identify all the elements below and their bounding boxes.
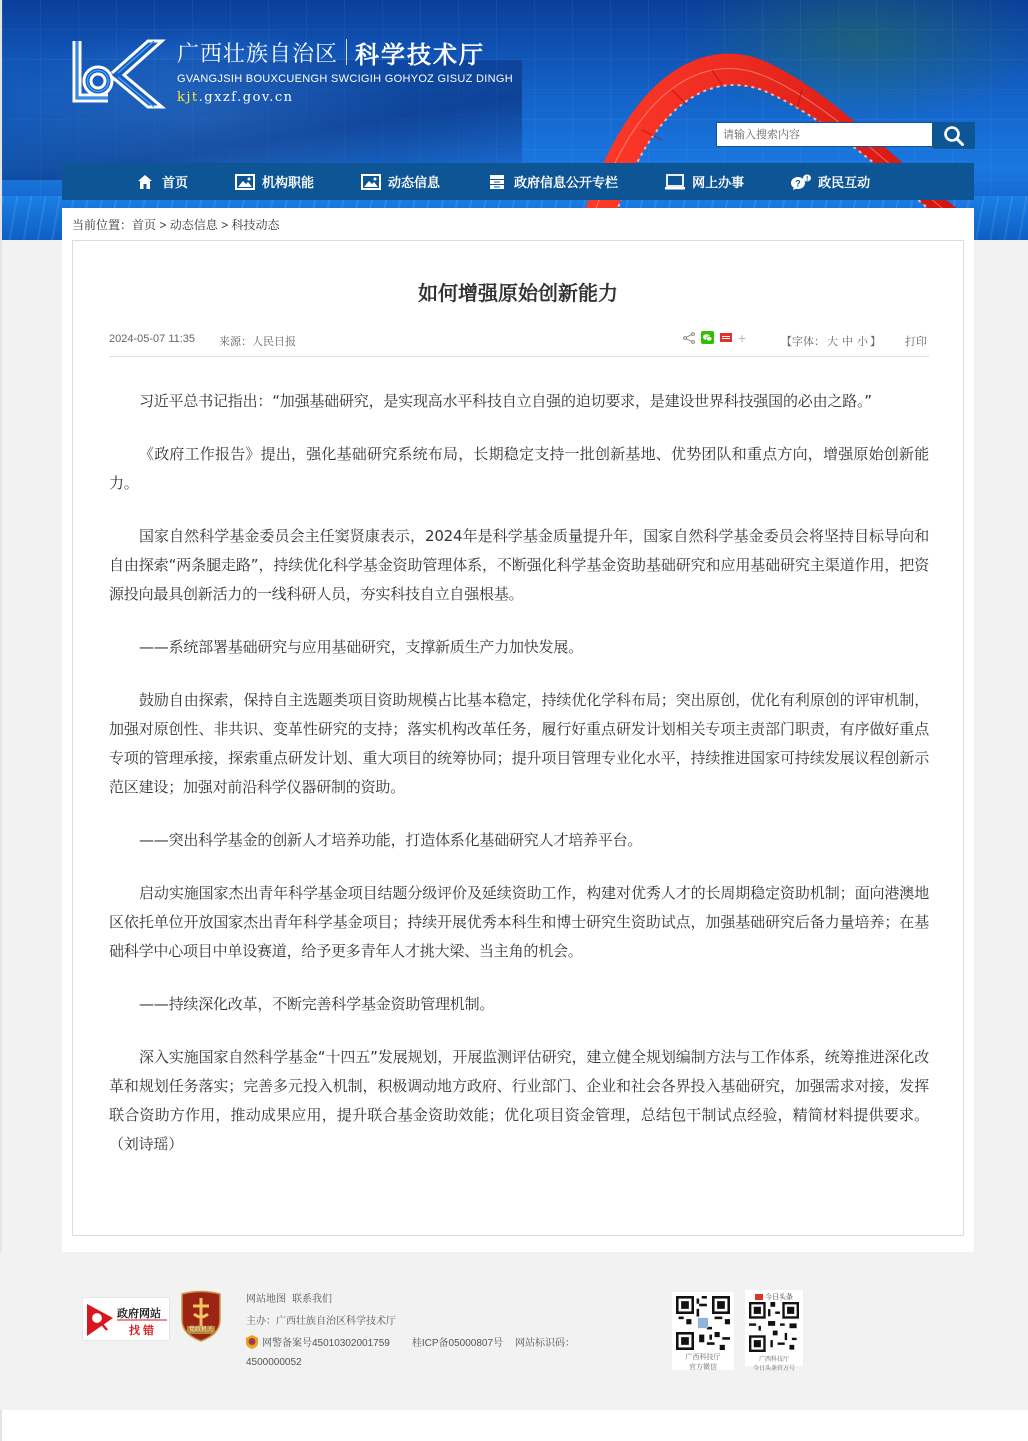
article-paragraph: 鼓励自由探索，保持自主选题类项目资助规模占比基本稳定，持续优化学科布局；突出原创… <box>109 686 929 802</box>
icp-link[interactable]: 桂ICP备05000807号 <box>412 1334 503 1349</box>
qr-caption-line2: 官方微信 <box>672 1362 734 1372</box>
toutiao-icon[interactable] <box>720 333 732 342</box>
article-paragraph: ——持续深化改革，不断完善科学基金资助管理机制。 <box>109 990 929 1019</box>
nav-label: 网上办事 <box>692 172 744 191</box>
footer: 政府网站 找错 党政机关 网站地图联系我们 主办：广西壮族自治区科学技术厅 网警… <box>0 1252 1028 1410</box>
party-emblem-icon <box>180 1290 222 1342</box>
main-content: 当前位置：首页 > 动态信息 > 科技动态 如何增强原始创新能力 2024-05… <box>62 208 974 1252</box>
qr-wechat: 广西科技厅 官方微信 <box>672 1292 734 1370</box>
site-map-link[interactable]: 网站地图 <box>246 1294 286 1305</box>
search-button[interactable] <box>933 122 975 149</box>
font-size-medium[interactable]: 中 <box>842 336 853 348</box>
logo-icon <box>68 37 168 109</box>
source-label: 来源： <box>219 336 252 348</box>
article-paragraph: 国家自然科学基金委员会主任窦贤康表示，2024年是科学基金质量提升年，国家自然科… <box>109 522 929 609</box>
qr-code-icon <box>676 1296 730 1350</box>
header-banner: 广西壮族自治区 科学技术厅 GVANGJSIH BOUXCUENGH SWCIG… <box>2 0 1028 240</box>
article-paragraph: 深入实施国家自然科学基金“十四五”发展规划，开展监测评估研究，建立健全规划编制方… <box>109 1043 929 1159</box>
nav-item-functions[interactable]: 机构职能 <box>234 172 314 191</box>
article-title: 如何增强原始创新能力 <box>73 277 963 306</box>
nav-label: 机构职能 <box>262 172 314 191</box>
breadcrumb: 当前位置：首页 > 动态信息 > 科技动态 <box>72 216 279 233</box>
site-title: 广西壮族自治区 科学技术厅 <box>177 34 485 70</box>
police-badge-icon <box>246 1335 258 1349</box>
findbug-line2: 找错 <box>129 1322 157 1338</box>
site-title-dept: 科学技术厅 <box>355 35 485 70</box>
main-nav: 首页 机构职能 动态信息 政府信息公开专栏 网上办事 ?! 政民互动 <box>62 163 974 200</box>
breadcrumb-prefix: 当前位置： <box>72 218 132 232</box>
article-meta: 2024-05-07 11:35 来源：人民日报 + 【字体：大中小】 打印 <box>109 331 929 357</box>
nav-label: 首页 <box>162 172 188 191</box>
party-gov-badge[interactable]: 党政机关 <box>180 1290 222 1342</box>
site-id-value: 4500000052 <box>246 1357 302 1368</box>
plus-icon[interactable]: + <box>738 332 746 344</box>
qr-header: 今日头条 <box>765 1292 793 1302</box>
nav-item-interaction[interactable]: ?! 政民互动 <box>790 172 870 191</box>
findbug-badge[interactable]: 政府网站 找错 <box>82 1297 170 1341</box>
svg-text:?: ? <box>795 178 801 188</box>
article-container: 如何增强原始创新能力 2024-05-07 11:35 来源：人民日报 + 【字… <box>72 240 964 1236</box>
article-body: 习近平总书记指出：“加强基础研究，是实现高水平科技自立自强的迫切要求，是建设世界… <box>109 387 929 1183</box>
article-paragraph: 习近平总书记指出：“加强基础研究，是实现高水平科技自立自强的迫切要求，是建设世界… <box>109 387 929 416</box>
wechat-icon[interactable] <box>701 331 714 344</box>
toutiao-icon <box>755 1294 763 1300</box>
font-size-large[interactable]: 大 <box>827 336 838 348</box>
article-paragraph: 启动实施国家杰出青年科学基金项目结题分级评价及延续资助工作，构建对优秀人才的长周… <box>109 879 929 966</box>
qr-caption-line2: 今日头条官方号 <box>745 1363 803 1372</box>
site-domain-highlight: kjt <box>177 90 199 105</box>
publish-date: 2024-05-07 11:35 <box>109 333 195 345</box>
contact-us-link[interactable]: 联系我们 <box>292 1294 332 1305</box>
font-size-small[interactable]: 小 <box>857 336 868 348</box>
print-link[interactable]: 打印 <box>905 333 927 349</box>
findbug-line1: 政府网站 <box>117 1305 161 1321</box>
article-paragraph: ——突出科学基金的创新人才培养功能，打造体系化基础研究人才培养平台。 <box>109 826 929 855</box>
svg-text:!: ! <box>806 176 808 183</box>
font-size-close: 】 <box>870 336 881 348</box>
footer-records: 网警备案号45010302001759 桂ICP备05000807号 网站标识码… <box>246 1334 575 1349</box>
search-icon <box>943 125 965 147</box>
footer-sponsor: 主办：广西壮族自治区科学技术厅 <box>246 1312 396 1327</box>
home-icon <box>134 173 156 191</box>
font-size-control: 【字体：大中小】 <box>781 333 881 349</box>
breadcrumb-news[interactable]: 动态信息 <box>170 218 218 232</box>
breadcrumb-tech-news[interactable]: 科技动态 <box>231 218 279 232</box>
nav-item-gov-info[interactable]: 政府信息公开专栏 <box>486 172 618 191</box>
chat-question-icon: ?! <box>790 173 812 191</box>
breadcrumb-separator: > <box>221 218 228 232</box>
article-paragraph: ——系统部署基础研究与应用基础研究，支撑新质生产力加快发展。 <box>109 633 929 662</box>
nav-item-online-service[interactable]: 网上办事 <box>664 172 744 191</box>
article-paragraph: 《政府工作报告》提出，强化基础研究系统布局，长期稳定支持一批创新基地、优势团队和… <box>109 440 929 498</box>
title-divider <box>346 39 347 65</box>
breadcrumb-separator: > <box>159 218 166 232</box>
nav-label: 政府信息公开专栏 <box>514 172 618 191</box>
laptop-icon <box>664 173 686 191</box>
nav-label: 政民互动 <box>818 172 870 191</box>
site-domain: kjt.gxzf.gov.cn <box>177 90 294 105</box>
nav-item-home[interactable]: 首页 <box>134 172 188 191</box>
page-bottom-area <box>2 1410 1028 1441</box>
image-icon <box>360 173 382 191</box>
article-source: 来源：人民日报 <box>219 333 296 349</box>
share-icon[interactable] <box>683 332 695 344</box>
police-record-link[interactable]: 网警备案号45010302001759 <box>262 1334 390 1349</box>
nav-item-news[interactable]: 动态信息 <box>360 172 440 191</box>
site-domain-rest: .gxzf.gov.cn <box>199 90 294 105</box>
site-title-region: 广西壮族自治区 <box>177 37 338 68</box>
share-bar: + <box>683 331 746 344</box>
search-input[interactable] <box>716 122 933 147</box>
qr-caption-line1: 广西科技厅 <box>672 1352 734 1362</box>
breadcrumb-home[interactable]: 首页 <box>132 218 156 232</box>
source-name: 人民日报 <box>252 336 296 348</box>
nav-label: 动态信息 <box>388 172 440 191</box>
qr-toutiao: 今日头条 广西科技厅 今日头条官方号 <box>745 1290 803 1366</box>
font-size-open: 【字体： <box>781 336 825 348</box>
party-badge-label: 党政机关 <box>187 1326 215 1334</box>
site-id-label: 网站标识码： <box>515 1334 575 1349</box>
qr-caption-line1: 广西科技厅 <box>745 1354 803 1363</box>
cabinet-icon <box>486 173 508 191</box>
site-title-english: GVANGJSIH BOUXCUENGH SWCIGIH GOHYOZ GISU… <box>177 73 513 85</box>
image-icon <box>234 173 256 191</box>
footer-links: 网站地图联系我们 <box>246 1290 338 1305</box>
qr-code-icon <box>749 1302 799 1352</box>
